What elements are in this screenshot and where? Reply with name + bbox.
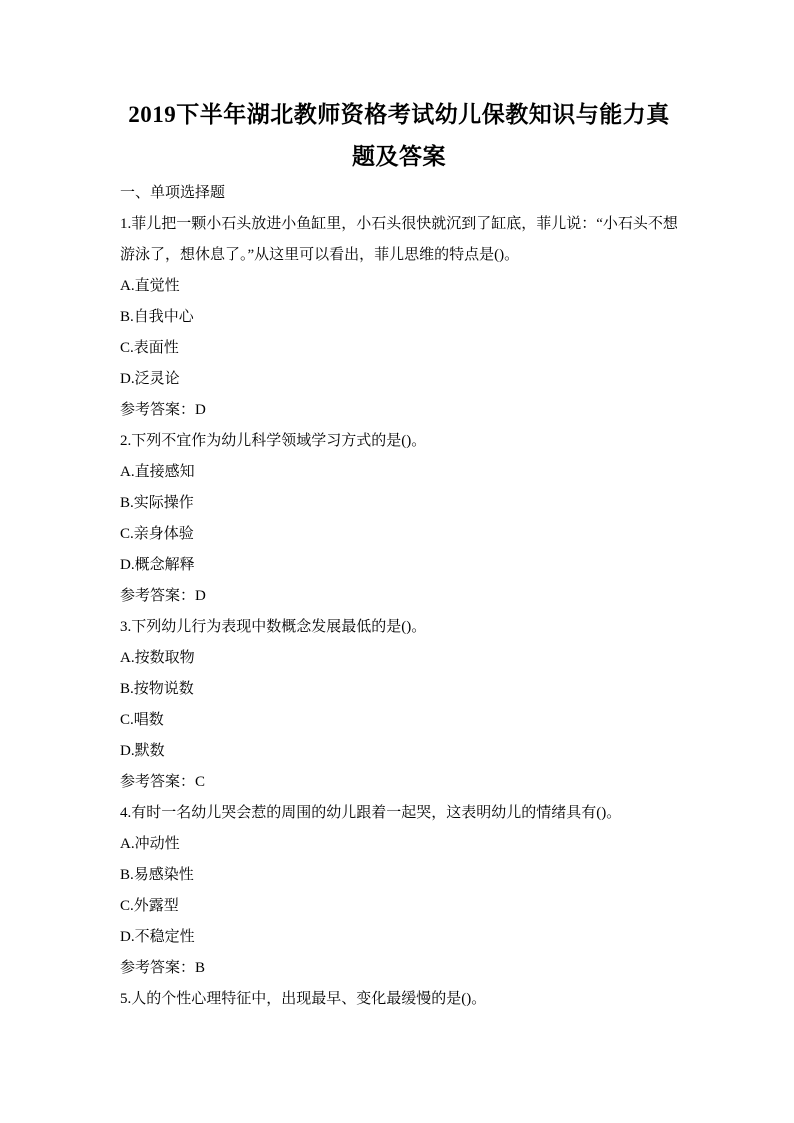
answer-text: 参考答案：D bbox=[120, 581, 678, 612]
question-option: D.不稳定性 bbox=[120, 922, 678, 953]
question-option: C.唱数 bbox=[120, 705, 678, 736]
question-option: D.泛灵论 bbox=[120, 364, 678, 395]
question-option: A.按数取物 bbox=[120, 643, 678, 674]
question-option: B.自我中心 bbox=[120, 302, 678, 333]
question-text: 2.下列不宜作为幼儿科学领域学习方式的是()。 bbox=[120, 426, 678, 457]
question-text: 5.人的个性心理特征中，出现最早、变化最缓慢的是()。 bbox=[120, 984, 678, 1015]
document-body: 一、单项选择题 1.菲儿把一颗小石头放进小鱼缸里，小石头很快就沉到了缸底，菲儿说… bbox=[120, 178, 678, 1015]
question-option: B.实际操作 bbox=[120, 488, 678, 519]
question-text: 1.菲儿把一颗小石头放进小鱼缸里，小石头很快就沉到了缸底，菲儿说：“小石头不想游… bbox=[120, 209, 678, 271]
question-option: C.表面性 bbox=[120, 333, 678, 364]
question-option: D.概念解释 bbox=[120, 550, 678, 581]
question-option: A.冲动性 bbox=[120, 829, 678, 860]
answer-text: 参考答案：C bbox=[120, 767, 678, 798]
question-text: 3.下列幼儿行为表现中数概念发展最低的是()。 bbox=[120, 612, 678, 643]
question-option: C.亲身体验 bbox=[120, 519, 678, 550]
question-option: C.外露型 bbox=[120, 891, 678, 922]
question-option: B.按物说数 bbox=[120, 674, 678, 705]
question-option: D.默数 bbox=[120, 736, 678, 767]
answer-text: 参考答案：D bbox=[120, 395, 678, 426]
section-heading: 一、单项选择题 bbox=[120, 178, 678, 209]
question-option: B.易感染性 bbox=[120, 860, 678, 891]
document-page: 2019下半年湖北教师资格考试幼儿保教知识与能力真题及答案 一、单项选择题 1.… bbox=[0, 0, 794, 1123]
question-text: 4.有时一名幼儿哭会惹的周围的幼儿跟着一起哭，这表明幼儿的情绪具有()。 bbox=[120, 798, 678, 829]
question-option: A.直觉性 bbox=[120, 271, 678, 302]
answer-text: 参考答案：B bbox=[120, 953, 678, 984]
document-title: 2019下半年湖北教师资格考试幼儿保教知识与能力真题及答案 bbox=[120, 94, 678, 178]
questions-container: 1.菲儿把一颗小石头放进小鱼缸里，小石头很快就沉到了缸底，菲儿说：“小石头不想游… bbox=[120, 209, 678, 1015]
question-option: A.直接感知 bbox=[120, 457, 678, 488]
